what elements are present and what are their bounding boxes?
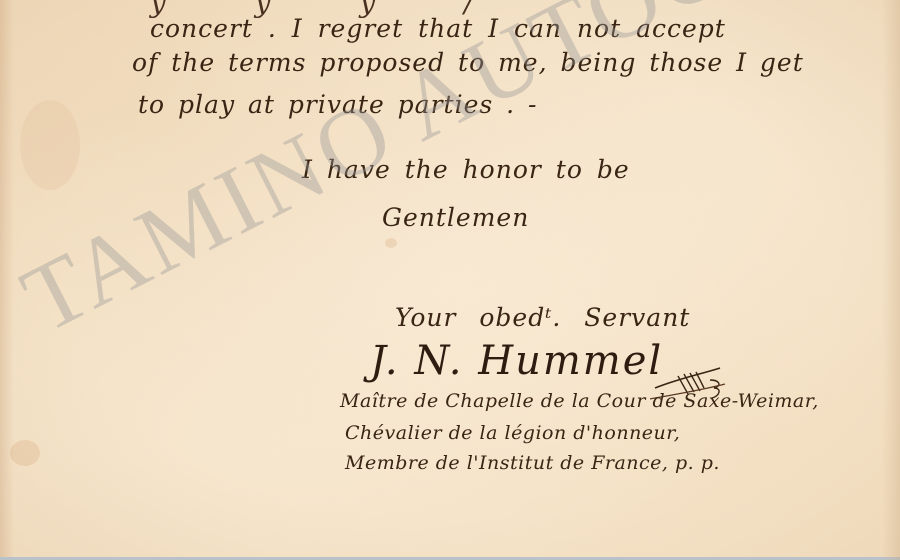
signature: J. N. Hummel (370, 338, 663, 384)
letter-body-line-3: to play at private parties . - (138, 90, 538, 119)
signature-title-line-3: Membre de l'Institut de France, p. p. (345, 452, 720, 474)
signature-title-line-1: Maître de Chapelle de la Cour de Saxe-We… (340, 390, 819, 412)
salutation-gentlemen: Gentlemen (382, 203, 529, 232)
valediction: Your obedᵗ. Servant (395, 303, 690, 332)
paper-stain (20, 100, 80, 190)
paper-stain (10, 440, 40, 466)
signature-title-line-2: Chévalier de la légion d'honneur, (345, 422, 680, 444)
paper-stain (385, 238, 397, 248)
closing-line: I have the honor to be (302, 155, 630, 184)
letter-body-line-1: concert . I regret that I can not accept (150, 14, 726, 43)
letter-page: y y y / concert . I regret that I can no… (0, 0, 900, 560)
letter-body-line-2: of the terms proposed to me, being those… (132, 48, 804, 77)
